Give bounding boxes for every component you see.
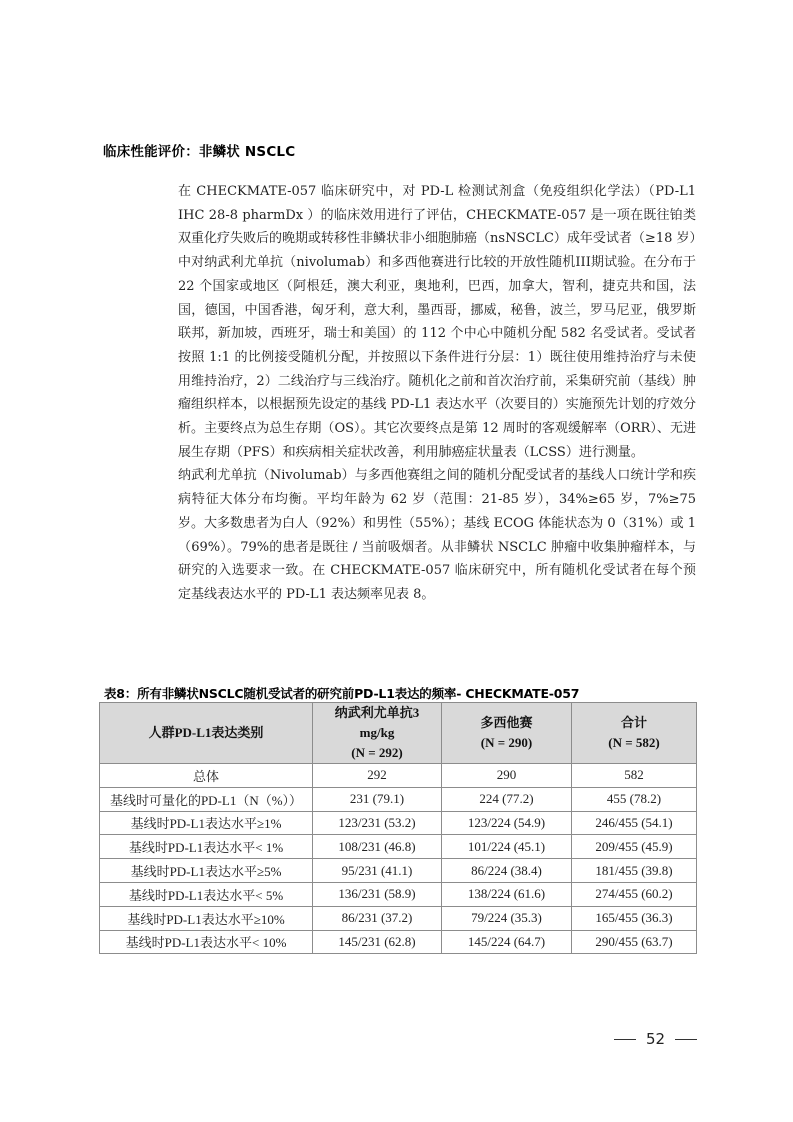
cell-nivolumab: 108/231 (46.8) xyxy=(313,835,442,859)
header-docetaxel: 多西他赛 (N = 290) xyxy=(442,703,572,764)
table-row: 基线时PD-L1表达水平≥10% 86/231 (37.2) 79/224 (3… xyxy=(100,906,697,930)
cell-nivolumab: 145/231 (62.8) xyxy=(313,930,442,954)
cell-nivolumab: 136/231 (58.9) xyxy=(313,882,442,906)
cell-docetaxel: 138/224 (61.6) xyxy=(442,882,572,906)
cell-total: 290/455 (63.7) xyxy=(572,930,697,954)
cell-total: 165/455 (36.3) xyxy=(572,906,697,930)
paragraph-demographics: 纳武利尤单抗（Nivolumab）与多西他赛组之间的随机分配受试者的基线人口统计… xyxy=(178,464,696,606)
cell-nivolumab: 231 (79.1) xyxy=(313,787,442,811)
table-row: 基线时PD-L1表达水平≥5% 95/231 (41.1) 86/224 (38… xyxy=(100,859,697,883)
row-label: 基线时PD-L1表达水平≥10% xyxy=(100,906,313,930)
table-row: 基线时PD-L1表达水平< 10% 145/231 (62.8) 145/224… xyxy=(100,930,697,954)
header-nivolumab: 纳武利尤单抗3 mg/kg (N = 292) xyxy=(313,703,442,764)
cell-total: 274/455 (60.2) xyxy=(572,882,697,906)
cell-total: 181/455 (39.8) xyxy=(572,859,697,883)
dash-right xyxy=(675,1039,697,1040)
body-text: 在 CHECKMATE-057 临床研究中，对 PD-L 检测试剂盒（免疫组织化… xyxy=(178,180,696,607)
cell-docetaxel: 79/224 (35.3) xyxy=(442,906,572,930)
row-label: 基线时可量化的PD-L1（N（%）） xyxy=(100,787,313,811)
cell-docetaxel: 101/224 (45.1) xyxy=(442,835,572,859)
cell-total: 582 xyxy=(572,764,697,788)
cell-docetaxel: 290 xyxy=(442,764,572,788)
cell-nivolumab: 86/231 (37.2) xyxy=(313,906,442,930)
cell-docetaxel: 123/224 (54.9) xyxy=(442,811,572,835)
section-title: 临床性能评价：非鳞状 NSCLC xyxy=(103,140,295,160)
row-label: 基线时PD-L1表达水平< 5% xyxy=(100,882,313,906)
cell-total: 246/455 (54.1) xyxy=(572,811,697,835)
row-label: 总体 xyxy=(100,764,313,788)
table-row: 基线时PD-L1表达水平< 5% 136/231 (58.9) 138/224 … xyxy=(100,882,697,906)
row-label: 基线时PD-L1表达水平≥5% xyxy=(100,859,313,883)
cell-nivolumab: 95/231 (41.1) xyxy=(313,859,442,883)
cell-nivolumab: 123/231 (53.2) xyxy=(313,811,442,835)
row-label: 基线时PD-L1表达水平≥1% xyxy=(100,811,313,835)
pd-l1-frequency-table: 人群PD-L1表达类别 纳武利尤单抗3 mg/kg (N = 292) 多西他赛… xyxy=(99,702,697,954)
table-row: 基线时PD-L1表达水平≥1% 123/231 (53.2) 123/224 (… xyxy=(100,811,697,835)
cell-docetaxel: 86/224 (38.4) xyxy=(442,859,572,883)
table-header-row: 人群PD-L1表达类别 纳武利尤单抗3 mg/kg (N = 292) 多西他赛… xyxy=(100,703,697,764)
table-row: 基线时PD-L1表达水平< 1% 108/231 (46.8) 101/224 … xyxy=(100,835,697,859)
table-row: 基线时可量化的PD-L1（N（%）） 231 (79.1) 224 (77.2)… xyxy=(100,787,697,811)
cell-total: 455 (78.2) xyxy=(572,787,697,811)
page-number: 52 xyxy=(646,1030,665,1048)
page-footer: 52 xyxy=(614,1030,697,1048)
table-caption: 表8：所有非鳞状NSCLC随机受试者的研究前PD-L1表达的频率- CHECKM… xyxy=(104,684,579,702)
table-row: 总体 292 290 582 xyxy=(100,764,697,788)
row-label: 基线时PD-L1表达水平< 10% xyxy=(100,930,313,954)
header-total: 合计 (N = 582) xyxy=(572,703,697,764)
cell-docetaxel: 224 (77.2) xyxy=(442,787,572,811)
dash-left xyxy=(614,1039,636,1040)
row-label: 基线时PD-L1表达水平< 1% xyxy=(100,835,313,859)
cell-nivolumab: 292 xyxy=(313,764,442,788)
cell-total: 209/455 (45.9) xyxy=(572,835,697,859)
cell-docetaxel: 145/224 (64.7) xyxy=(442,930,572,954)
paragraph-study-design: 在 CHECKMATE-057 临床研究中，对 PD-L 检测试剂盒（免疫组织化… xyxy=(178,180,696,464)
header-category: 人群PD-L1表达类别 xyxy=(100,703,313,764)
